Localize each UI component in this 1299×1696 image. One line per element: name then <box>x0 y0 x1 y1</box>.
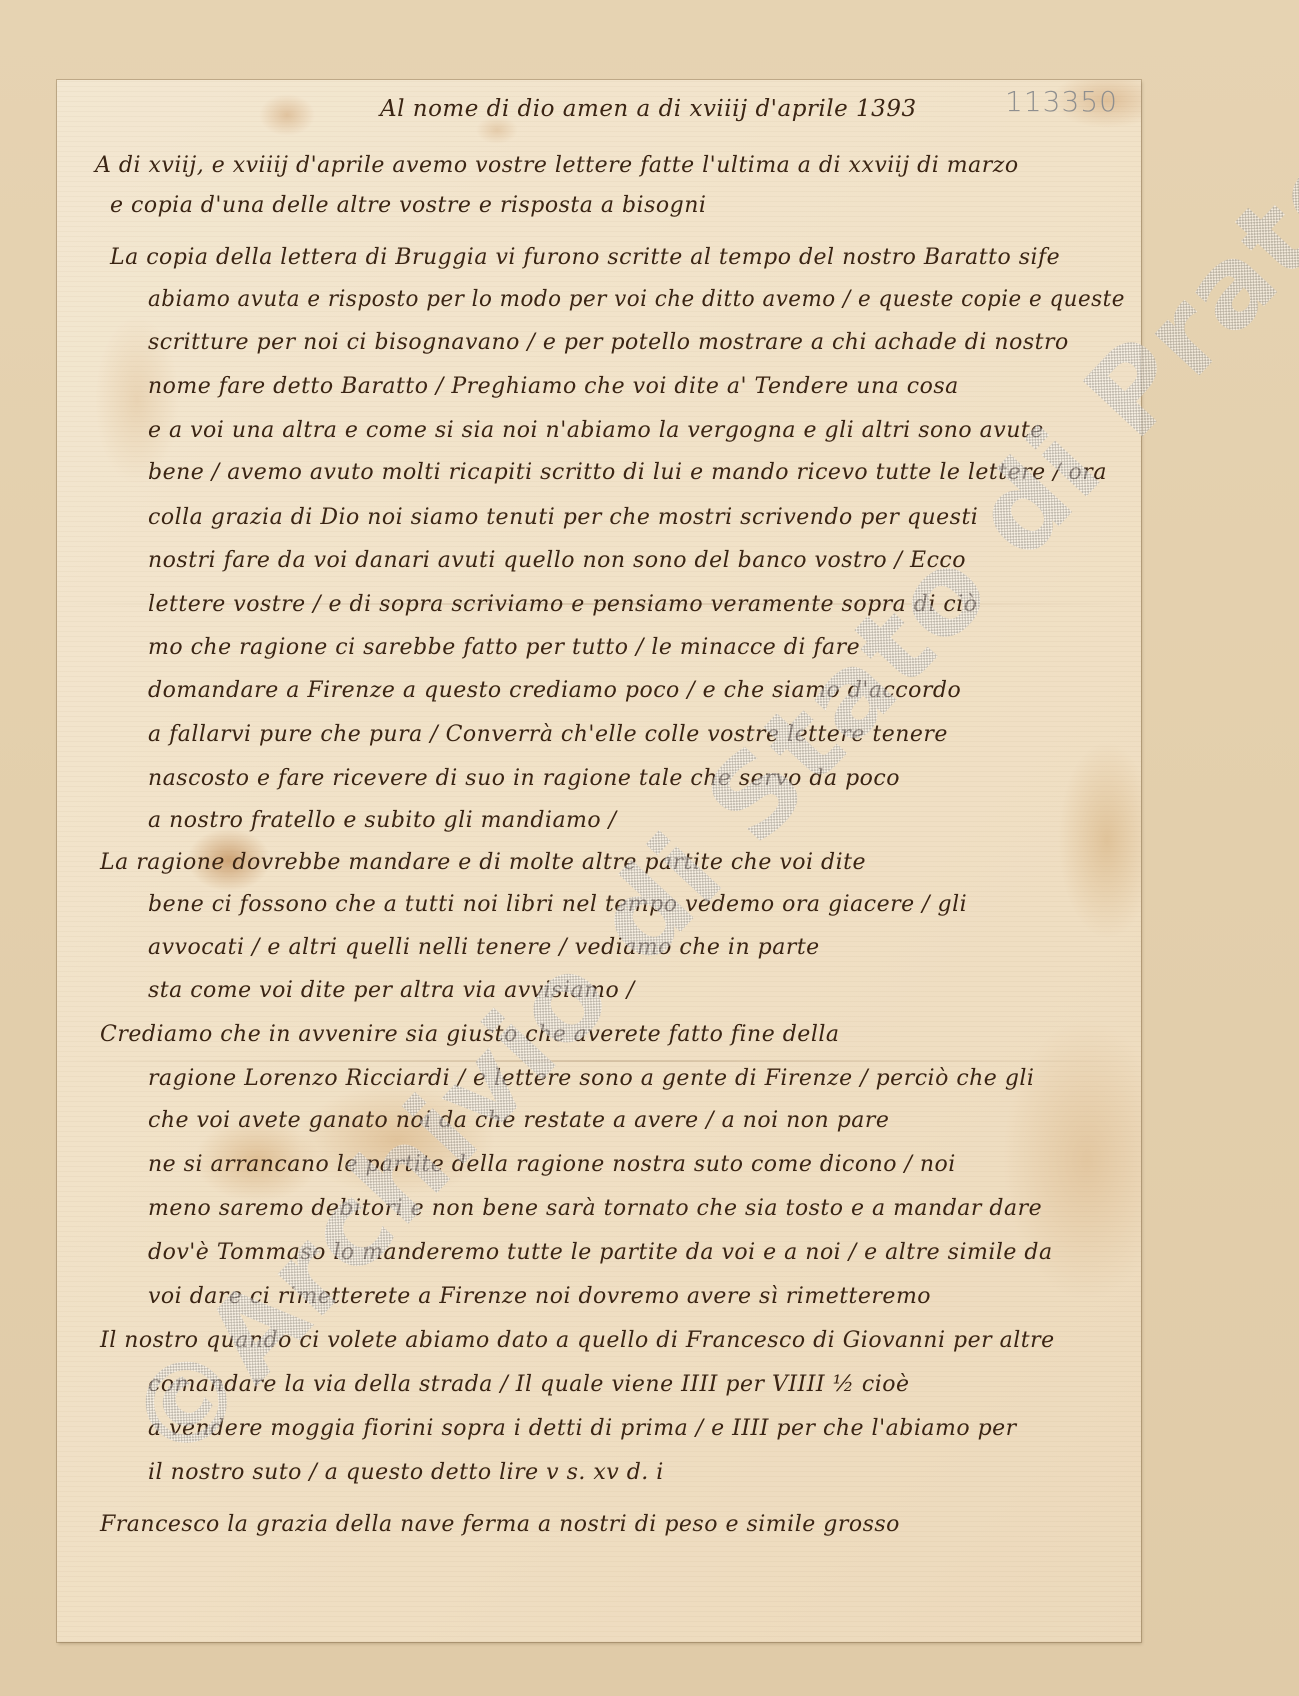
text-line: lettere vostre / e di sopra scriviamo e … <box>148 592 978 617</box>
text-line: il nostro suto / a questo detto lire v s… <box>148 1460 664 1485</box>
text-line: e copia d'una delle altre vostre e rispo… <box>110 193 706 218</box>
text-line: a fallarvi pure che pura / Converrà ch'e… <box>148 722 948 747</box>
text-line: La copia della lettera di Bruggia vi fur… <box>110 245 1060 270</box>
text-line: a nostro fratello e subito gli mandiamo … <box>148 808 617 833</box>
text-line: Francesco la grazia della nave ferma a n… <box>100 1512 900 1537</box>
archive-number: 113350 <box>1005 85 1118 118</box>
text-line: comandare la via della strada / Il quale… <box>148 1372 910 1397</box>
fold-line <box>57 1060 1141 1062</box>
letter-heading: Al nome di dio amen a di xviiij d'aprile… <box>380 96 917 122</box>
text-line: nome fare detto Baratto / Preghiamo che … <box>148 374 959 399</box>
text-line: Crediamo che in avvenire sia giusto che … <box>100 1022 840 1047</box>
text-line: sta come voi dite per altra via avvisiam… <box>148 978 635 1003</box>
text-line: avvocati / e altri quelli nelli tenere /… <box>148 935 820 960</box>
text-line: nascosto e fare ricevere di suo in ragio… <box>148 766 900 791</box>
text-line: La ragione dovrebbe mandare e di molte a… <box>100 850 866 875</box>
text-line: voi dare ci rimetterete a Firenze noi do… <box>148 1284 931 1309</box>
text-line: colla grazia di Dio noi siamo tenuti per… <box>148 505 978 530</box>
text-line: mo che ragione ci sarebbe fatto per tutt… <box>148 635 860 660</box>
text-line: dov'è Tommaso lo manderemo tutte le part… <box>148 1240 1053 1265</box>
text-line: bene / avemo avuto molti ricapiti scritt… <box>148 460 1107 485</box>
text-line: bene ci fossono che a tutti noi libri ne… <box>148 892 967 917</box>
text-line: ne si arrancano le partite della ragione… <box>148 1152 956 1177</box>
text-line: abiamo avuta e risposto per lo modo per … <box>148 287 1125 312</box>
text-line: e a voi una altra e come si sia noi n'ab… <box>148 418 1044 443</box>
text-line: Il nostro quando ci volete abiamo dato a… <box>100 1328 1055 1353</box>
text-line: a vendere moggia fiorini sopra i detti d… <box>148 1416 1017 1441</box>
text-line: ragione Lorenzo Ricciardi / e lettere so… <box>148 1066 1034 1091</box>
text-line: domandare a Firenze a questo crediamo po… <box>148 678 961 703</box>
text-line: nostri fare da voi danari avuti quello n… <box>148 548 966 573</box>
text-line: meno saremo debitori e non bene sarà tor… <box>148 1196 1042 1221</box>
text-line: che voi avete ganato noi da che restate … <box>148 1108 889 1133</box>
text-line: A di xviij, e xviiij d'aprile avemo vost… <box>95 153 1019 178</box>
text-line: scritture per noi ci bisognavano / e per… <box>148 330 1069 355</box>
